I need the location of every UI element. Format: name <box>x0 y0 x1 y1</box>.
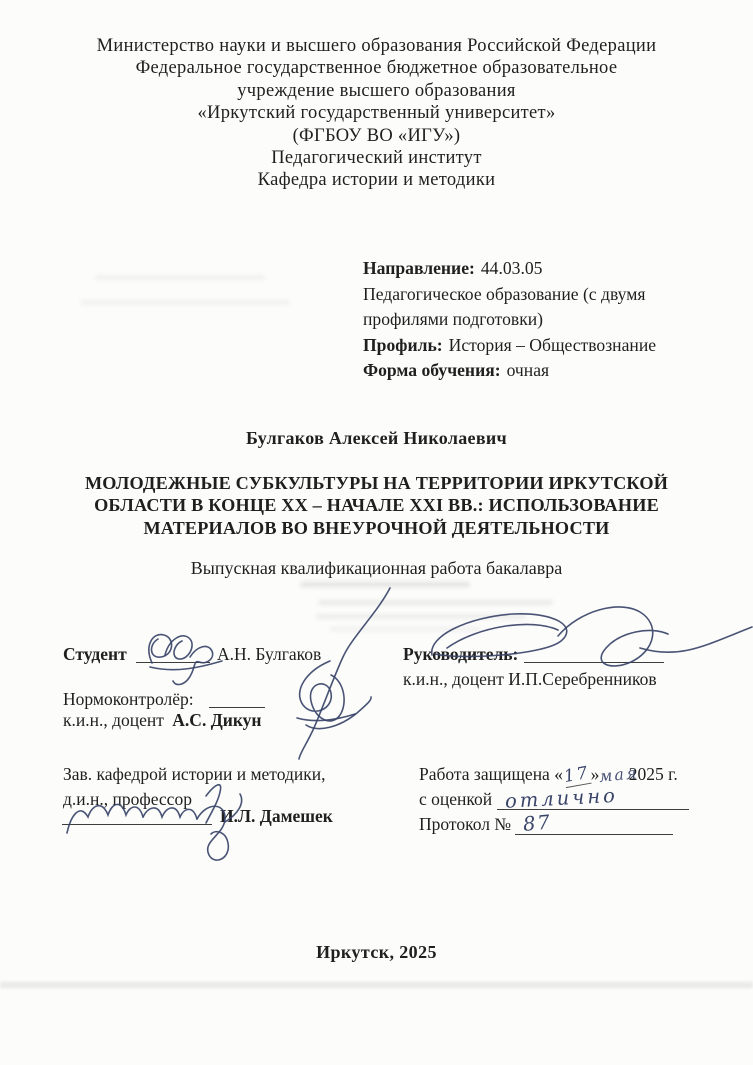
program-info: Направление:44.03.05 Педагогическое обра… <box>363 256 656 384</box>
direction-label: Направление: <box>363 258 475 278</box>
student-name: А.Н. Булгаков <box>217 644 321 665</box>
study-form-label: Форма обучения: <box>363 360 501 380</box>
normcontroller-signature <box>306 697 371 729</box>
thesis-title-page: Министерство науки и высшего образования… <box>0 0 753 1065</box>
direction-value: 44.03.05 <box>481 258 543 278</box>
direction-line: Направление:44.03.05 <box>363 256 656 282</box>
student-signature <box>165 636 192 659</box>
scan-bleed-artifact <box>316 614 526 619</box>
supervisor-signature <box>558 607 668 666</box>
supervisor-degree-name: к.и.н., доцент И.П.Серебренников <box>403 669 657 690</box>
supervisor-label: Руководитель: <box>403 644 518 665</box>
scan-bleed-artifact <box>80 300 290 305</box>
thesis-title-line: МОЛОДЕЖНЫЕ СУБКУЛЬТУРЫ НА ТЕРРИТОРИИ ИРК… <box>0 472 753 494</box>
university-header: Министерство науки и высшего образования… <box>0 35 753 192</box>
protocol-blank-line: 87 <box>515 814 673 835</box>
normcontrol-label: Нормоконтролёр: <box>63 689 194 710</box>
normcontroller-signature <box>297 714 355 721</box>
protocol-label: Протокол № <box>419 814 511 834</box>
profile-value: История – Обществознание <box>449 335 656 355</box>
protocol-line: Протокол № 87 <box>419 814 673 835</box>
student-signature <box>149 635 172 663</box>
thesis-subtitle: Выпускная квалификационная работа бакала… <box>0 558 753 579</box>
normcontrol-name: А.С. Дикун <box>172 710 261 730</box>
grade-blank-line: отлично <box>497 789 689 810</box>
header-line: (ФГБОУ ВО «ИГУ») <box>0 125 753 147</box>
normcontroller-signature <box>300 661 345 721</box>
profile-line: Профиль:История – Обществознание <box>363 333 656 359</box>
city-year: Иркутск, 2025 <box>0 942 753 963</box>
thesis-title-line: ОБЛАСТИ В КОНЦЕ XX – НАЧАЛЕ XXI ВВ.: ИСП… <box>0 494 753 516</box>
scan-bleed-artifact <box>330 627 480 631</box>
header-line: Педагогический институт <box>0 147 753 169</box>
head-dept-line2: д.и.н., профессор <box>63 789 192 810</box>
header-line: Министерство науки и высшего образования… <box>0 35 753 57</box>
student-signature-line <box>136 662 210 663</box>
head-dept-name: И.Л. Дамешек <box>220 806 333 827</box>
direction-line: Педагогическое образование (с двумя <box>363 282 656 308</box>
scan-bleed-artifact <box>95 275 265 280</box>
study-form-line: Форма обучения:очная <box>363 358 656 384</box>
scan-bleed-artifact <box>318 600 553 605</box>
scan-bleed-artifact <box>300 582 470 587</box>
grade-label: с оценкой <box>419 789 492 809</box>
study-form-value: очная <box>507 360 550 380</box>
student-signature <box>173 646 213 684</box>
grade-value-handwritten: отлично <box>496 786 618 812</box>
normcontrol-degree-name: к.и.н., доцент А.С. Дикун <box>63 710 262 731</box>
head-signature-line <box>62 824 212 825</box>
author-name: Булгаков Алексей Николаевич <box>0 428 753 449</box>
student-label: Студент <box>63 644 127 665</box>
head-dept-line1: Зав. кафедрой истории и методики, <box>63 764 325 785</box>
supervisor-signature <box>640 627 752 652</box>
grade-line: с оценкой отлично <box>419 789 689 810</box>
defense-prefix: Работа защищена « <box>419 764 563 784</box>
protocol-number-handwritten: 87 <box>515 812 553 835</box>
normcontrol-degree: к.и.н., доцент <box>63 710 164 730</box>
header-line: учреждение высшего образования <box>0 80 753 102</box>
thesis-title: МОЛОДЕЖНЫЕ СУБКУЛЬТУРЫ НА ТЕРРИТОРИИ ИРК… <box>0 472 753 539</box>
supervisor-signature-line <box>524 662 664 663</box>
normcontrol-signature-line <box>209 707 265 708</box>
header-line: Кафедра истории и методики <box>0 169 753 191</box>
defense-day-handwritten: 17 <box>562 763 591 788</box>
thesis-title-line: МАТЕРИАЛОВ ВО ВНЕУРОЧНОЙ ДЕЯТЕЛЬНОСТИ <box>0 517 753 539</box>
defense-date-line: Работа защищена «17»мая2025 г. <box>419 764 678 786</box>
head-signature <box>206 785 221 823</box>
header-line: Федеральное государственное бюджетное об… <box>0 57 753 79</box>
profile-label: Профиль: <box>363 335 443 355</box>
direction-line: профилями подготовки) <box>363 307 656 333</box>
scan-edge-artifact <box>0 982 753 988</box>
header-line: «Иркутский государственный университет» <box>0 102 753 124</box>
